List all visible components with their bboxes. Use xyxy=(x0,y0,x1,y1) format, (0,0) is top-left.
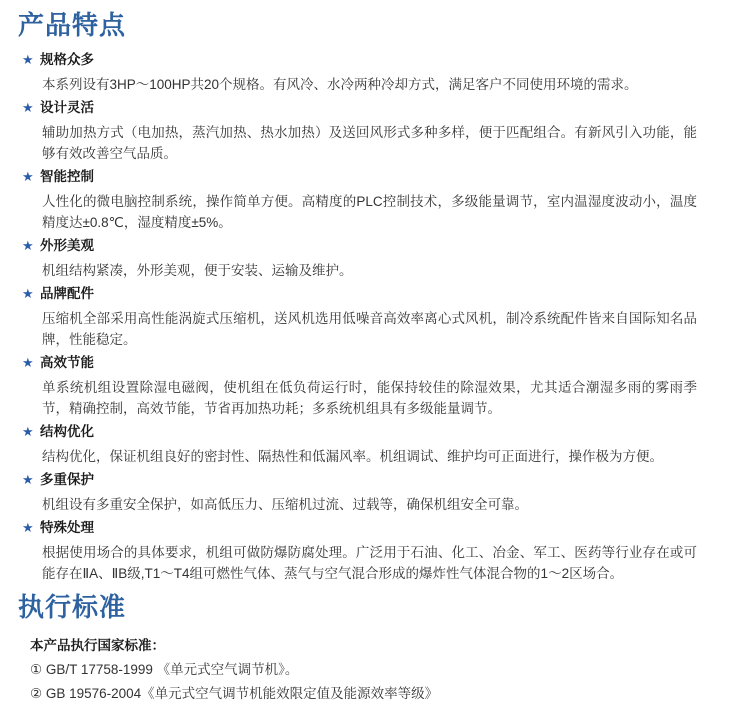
star-icon: ★ xyxy=(22,52,40,67)
feature-heading: 特殊处理 xyxy=(40,520,94,535)
feature-heading-row: ★设计灵活 xyxy=(18,100,705,115)
page-title-standards: 执行标准 xyxy=(18,590,705,624)
feature-heading: 品牌配件 xyxy=(40,286,94,301)
page-title-product-features: 产品特点 xyxy=(18,8,705,42)
feature-body: 根据使用场合的具体要求，机组可做防爆防腐处理。广泛用于石油、化工、冶金、军工、医… xyxy=(42,542,697,584)
star-icon: ★ xyxy=(22,355,40,370)
feature-heading: 设计灵活 xyxy=(40,100,94,115)
feature-body: 辅助加热方式（电加热，蒸汽加热、热水加热）及送回风形式多种多样，便于匹配组合。有… xyxy=(42,122,697,164)
feature-item: ★智能控制 人性化的微电脑控制系统，操作简单方便。高精度的PLC控制技术，多级能… xyxy=(18,169,705,233)
feature-body: 人性化的微电脑控制系统，操作简单方便。高精度的PLC控制技术，多级能量调节，室内… xyxy=(42,191,697,233)
feature-heading-row: ★规格众多 xyxy=(18,52,705,67)
standard-item: ① GB/T 17758-1999 《单元式空气调节机》。 xyxy=(30,662,705,678)
star-icon: ★ xyxy=(22,472,40,487)
feature-heading-row: ★特殊处理 xyxy=(18,520,705,535)
product-document-page: 产品特点 ★规格众多 本系列设有3HP～100HP共20个规格。有风冷、水冷两种… xyxy=(0,0,733,712)
star-icon: ★ xyxy=(22,424,40,439)
features-list: ★规格众多 本系列设有3HP～100HP共20个规格。有风冷、水冷两种冷却方式，… xyxy=(18,52,705,584)
feature-item: ★外形美观 机组结构紧凑，外形美观，便于安装、运输及维护。 xyxy=(18,238,705,281)
feature-item: ★品牌配件 压缩机全部采用高性能涡旋式压缩机，送风机选用低噪音高效率离心式风机，… xyxy=(18,286,705,350)
feature-heading: 规格众多 xyxy=(40,52,94,67)
feature-heading-row: ★多重保护 xyxy=(18,472,705,487)
feature-heading-row: ★结构优化 xyxy=(18,424,705,439)
feature-heading-row: ★高效节能 xyxy=(18,355,705,370)
star-icon: ★ xyxy=(22,286,40,301)
feature-item: ★结构优化 结构优化，保证机组良好的密封性、隔热性和低漏风率。机组调试、维护均可… xyxy=(18,424,705,467)
feature-body: 机组结构紧凑，外形美观，便于安装、运输及维护。 xyxy=(42,260,697,281)
feature-body: 本系列设有3HP～100HP共20个规格。有风冷、水冷两种冷却方式，满足客户不同… xyxy=(42,74,697,95)
star-icon: ★ xyxy=(22,100,40,115)
standards-list: 本产品执行国家标准： ① GB/T 17758-1999 《单元式空气调节机》。… xyxy=(18,638,705,702)
feature-item: ★设计灵活 辅助加热方式（电加热，蒸汽加热、热水加热）及送回风形式多种多样，便于… xyxy=(18,100,705,164)
feature-heading-row: ★品牌配件 xyxy=(18,286,705,301)
feature-body: 单系统机组设置除湿电磁阀，使机组在低负荷运行时，能保持较佳的除湿效果，尤其适合潮… xyxy=(42,377,697,419)
feature-item: ★高效节能 单系统机组设置除湿电磁阀，使机组在低负荷运行时，能保持较佳的除湿效果… xyxy=(18,355,705,419)
feature-item: ★特殊处理 根据使用场合的具体要求，机组可做防爆防腐处理。广泛用于石油、化工、冶… xyxy=(18,520,705,584)
feature-item: ★规格众多 本系列设有3HP～100HP共20个规格。有风冷、水冷两种冷却方式，… xyxy=(18,52,705,95)
feature-item: ★多重保护 机组设有多重安全保护，如高低压力、压缩机过流、过载等，确保机组安全可… xyxy=(18,472,705,515)
feature-heading: 外形美观 xyxy=(40,238,94,253)
star-icon: ★ xyxy=(22,520,40,535)
star-icon: ★ xyxy=(22,238,40,253)
feature-heading: 高效节能 xyxy=(40,355,94,370)
feature-body: 结构优化，保证机组良好的密封性、隔热性和低漏风率。机组调试、维护均可正面进行，操… xyxy=(42,446,697,467)
standards-intro: 本产品执行国家标准： xyxy=(30,638,705,654)
feature-heading-row: ★外形美观 xyxy=(18,238,705,253)
feature-body: 机组设有多重安全保护，如高低压力、压缩机过流、过载等，确保机组安全可靠。 xyxy=(42,494,697,515)
feature-heading-row: ★智能控制 xyxy=(18,169,705,184)
standard-item: ② GB 19576-2004《单元式空气调节机能效限定值及能源效率等级》 xyxy=(30,686,705,702)
feature-heading: 多重保护 xyxy=(40,472,94,487)
star-icon: ★ xyxy=(22,169,40,184)
feature-heading: 结构优化 xyxy=(40,424,94,439)
feature-body: 压缩机全部采用高性能涡旋式压缩机，送风机选用低噪音高效率离心式风机，制冷系统配件… xyxy=(42,308,697,350)
feature-heading: 智能控制 xyxy=(40,169,94,184)
